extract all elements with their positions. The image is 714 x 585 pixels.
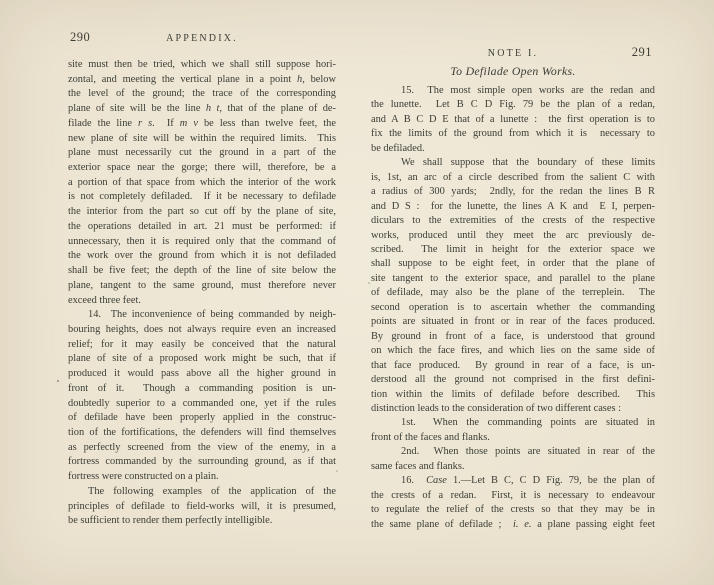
text-line: shall suppose to be eight feet, in order… (371, 257, 655, 271)
page-right-body: 15. The most simple open works are the r… (371, 84, 655, 532)
text-line: filade the line r s. If m v be less than… (68, 117, 336, 132)
text-line: 1st. When the commanding points are situ… (371, 416, 655, 430)
text-line: doubtedly superior to a commanded one, y… (68, 397, 336, 412)
page-left-body: site must then be tried, which we shall … (68, 58, 336, 529)
text-line: fortress commanded by the surrounding gr… (68, 455, 336, 470)
text-line: By ground in front of a face, is underst… (371, 330, 655, 344)
text-line: plane of site will be the line h t, that… (68, 102, 336, 117)
text-line: the crests of a redan. First, it is nece… (371, 489, 655, 503)
text-line: scribed. The limit in height for the ext… (371, 243, 655, 257)
text-line: 15. The most simple open works are the r… (371, 84, 655, 98)
running-header-right: NOTE I. (371, 48, 655, 59)
text-line: points are situated in front or in rear … (371, 315, 655, 329)
text-line: of defilade have been properly applied i… (68, 411, 336, 426)
text-line: be defiladed. (371, 142, 655, 156)
text-line: same faces and flanks. (371, 460, 655, 474)
text-line: a radius of 300 yards; 2ndly, for the re… (371, 185, 655, 199)
text-line: and D S : for the lunette, the lines A K… (371, 200, 655, 214)
paper-speck (57, 380, 59, 382)
text-line: as perfectly screened from the view of t… (68, 441, 336, 456)
text-line: the lunette. Let B C D Fig. 79 be the pl… (371, 98, 655, 112)
text-line: on which the face fires, and which lies … (371, 344, 655, 358)
text-line: to regulate the relief of the crests so … (371, 503, 655, 517)
paper-speck (336, 470, 338, 472)
text-line: diculars to the extremities of the crest… (371, 214, 655, 228)
page-number-right: 291 (632, 45, 652, 60)
section-title: To Defilade Open Works. (371, 64, 655, 78)
page-left-header: 290 APPENDIX. (68, 30, 336, 46)
text-line: site must then be tried, which we shall … (68, 58, 336, 73)
running-header-left: APPENDIX. (68, 33, 336, 44)
text-line: second operation is to ascertain whether… (371, 301, 655, 315)
text-line: be sufficient to render them perfectly i… (68, 514, 336, 529)
text-line: We shall suppose that the boundary of th… (371, 156, 655, 170)
text-line: principles of defilade to field-works wi… (68, 500, 336, 515)
text-line: tion of the fortifications, the defender… (68, 426, 336, 441)
text-line: The following examples of the applicatio… (68, 485, 336, 500)
text-line: unnecessary, then it is required only th… (68, 235, 336, 250)
text-line: derstood all the ground not comprised in… (371, 373, 655, 387)
text-line: bouring heights, does not always require… (68, 323, 336, 338)
text-line: 2nd. When those points are situated in r… (371, 445, 655, 459)
text-line: of defilade, may also be the plane of th… (371, 286, 655, 300)
text-line: 16. Case 1.—Let B C, C D Fig. 79, be the… (371, 474, 655, 488)
text-line: shall be five feet; the depth of the lin… (68, 264, 336, 279)
text-line: tion within the limits of defilade befor… (371, 388, 655, 402)
book-scan: 290 APPENDIX. site must then be tried, w… (0, 0, 714, 585)
text-line: fix the limits of the ground from which … (371, 127, 655, 141)
text-line: that face produced. By ground in rear of… (371, 359, 655, 373)
text-line: relief; for it may easily be conceived t… (68, 338, 336, 353)
text-line: the operations detailed in art. 21 must … (68, 220, 336, 235)
text-line: distinction leads to the consideration o… (371, 402, 655, 416)
text-line: the level of the ground; the trace of th… (68, 87, 336, 102)
text-line: front of the faces and flanks. (371, 431, 655, 445)
text-line: the interior from the part so cut off by… (68, 205, 336, 220)
text-line: works, produced until they meet the arc … (371, 229, 655, 243)
text-line: and A B C D E that of a lunette : the fi… (371, 113, 655, 127)
text-line: front of it. Though a commanding positio… (68, 382, 336, 397)
text-line: produced it would pass above all the hig… (68, 367, 336, 382)
text-line: fortress were constructed on a plain. (68, 470, 336, 485)
text-line: the same plane of defilade ; i. e. a pla… (371, 518, 655, 532)
text-line: site tangent to the exterior space, and … (371, 272, 655, 286)
text-line: exceed three feet. (68, 294, 336, 309)
text-line: plane must necessarily cut the ground in… (68, 146, 336, 161)
text-line: a portion of that space from which the i… (68, 176, 336, 191)
text-line: plane of site of a proposed work might b… (68, 352, 336, 367)
text-line: exterior space near the gorge; there wil… (68, 161, 336, 176)
text-line: the work over the ground from which it i… (68, 249, 336, 264)
page-left: 290 APPENDIX. site must then be tried, w… (68, 30, 336, 529)
text-line: zontal, and meeting the vertical plane i… (68, 73, 336, 88)
page-right-header: NOTE I. 291 (371, 48, 655, 62)
text-line: plane, tangent to the same ground, must … (68, 279, 336, 294)
text-line: new plane of site will be within the req… (68, 132, 336, 147)
text-line: is, 1st, an arc of a circle described fr… (371, 171, 655, 185)
page-right: NOTE I. 291 To Defilade Open Works. 15. … (371, 48, 655, 532)
text-line: 14. The inconvenience of being commanded… (68, 308, 336, 323)
text-line: is not completely defiladed. If it be ne… (68, 190, 336, 205)
paper-speck (368, 282, 370, 284)
